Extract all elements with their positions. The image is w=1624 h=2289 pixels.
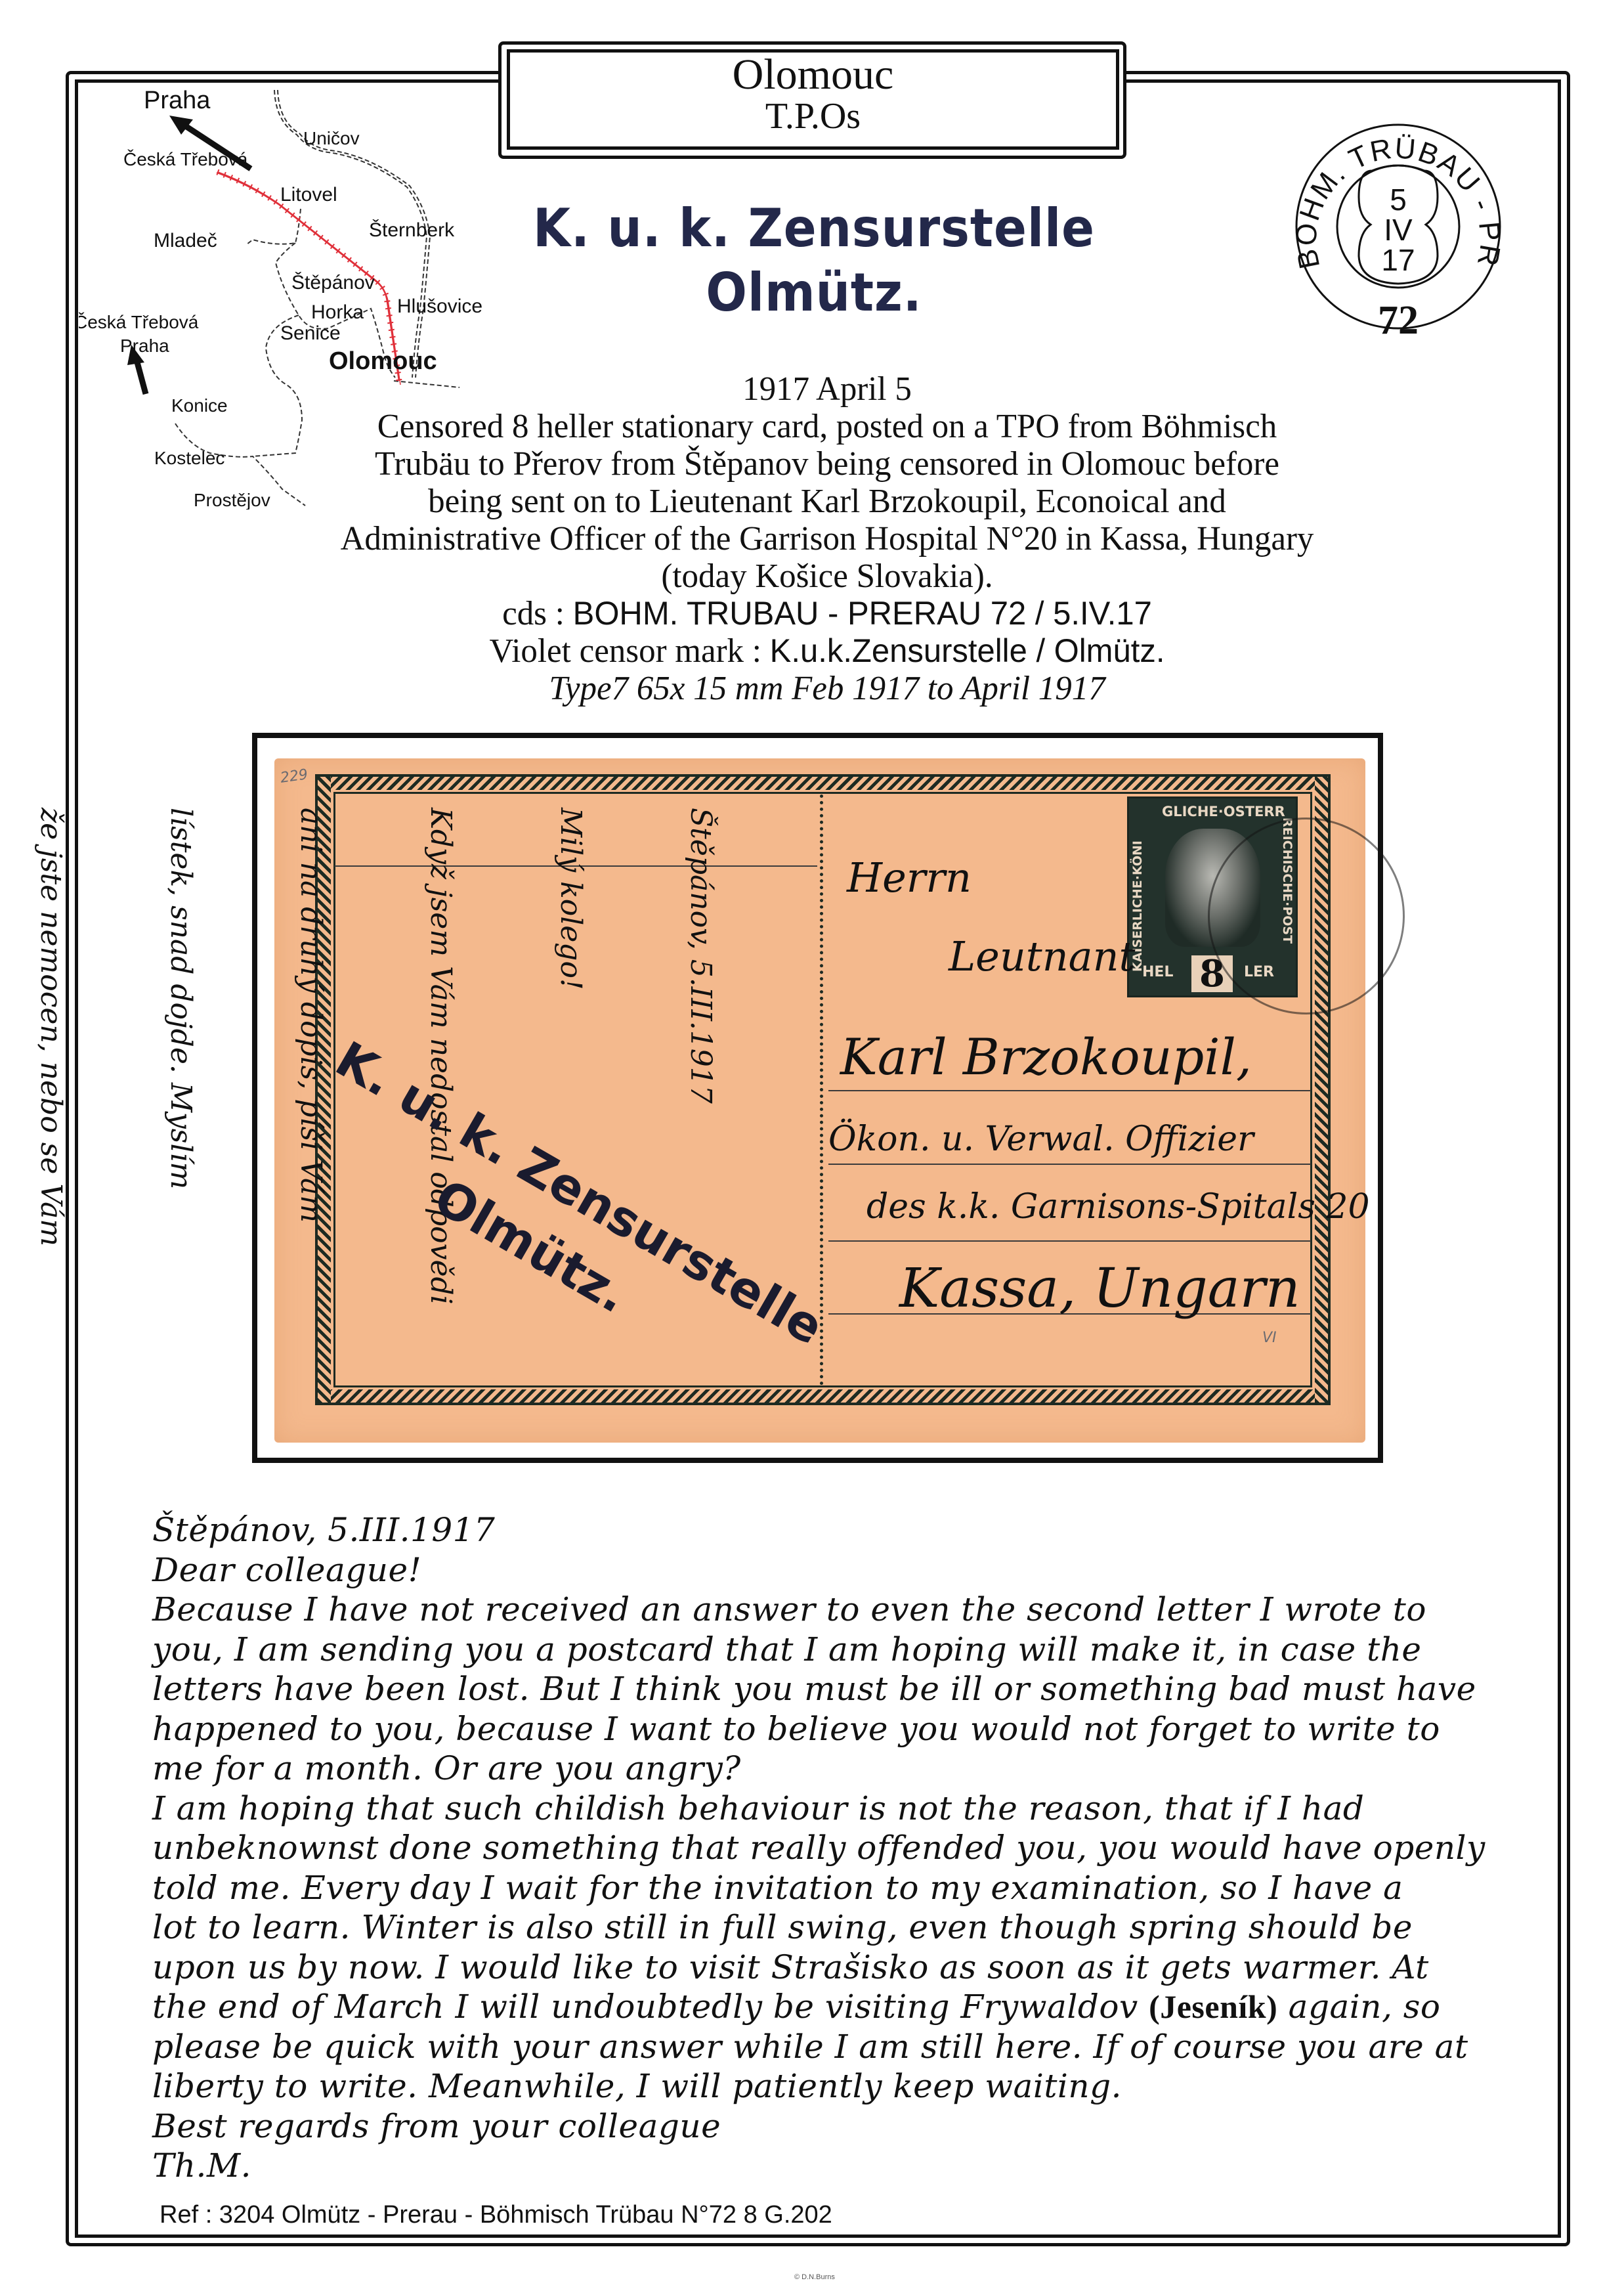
translation-line: Dear colleague! xyxy=(152,1550,1498,1590)
address-line-2: Leutnant xyxy=(949,932,1135,980)
cds-label: cds : xyxy=(502,595,573,632)
pencil-mark: VI xyxy=(1262,1330,1277,1346)
message-line: ani na druhý dopis, píši Vám xyxy=(289,808,332,1305)
translation-line: you, I am sending you a postcard that I … xyxy=(152,1630,1498,1670)
stamp-inscription-top: GLICHE·OSTERR xyxy=(1162,804,1285,819)
map-label-kostelec: Kostelec xyxy=(154,448,224,468)
map-label-stepanov: Štěpánov xyxy=(291,271,375,294)
message-line: že jste nemocen, nebo se Vám xyxy=(29,808,72,1305)
cds-number: 72 xyxy=(1378,298,1419,341)
copyright: © D.N.Burns xyxy=(794,2273,835,2281)
postcard-divider xyxy=(820,795,823,1385)
translation-line: letters have been lost. But I think you … xyxy=(152,1669,1498,1709)
cds-day: 5 xyxy=(1390,183,1407,217)
map-label-ceska-trebova-top: Česká Třebová xyxy=(123,149,248,169)
address-line-3: Karl Brzokoupil, xyxy=(840,1028,1252,1086)
translation-line: the end of March I will undoubtedly be v… xyxy=(152,1987,1498,2027)
cds-month: IV xyxy=(1384,213,1413,247)
address-line-6: Kassa, Ungarn xyxy=(899,1257,1300,1320)
message-line: lístek, snad dojde. Myslím xyxy=(159,808,202,1305)
map-label-litovel: Litovel xyxy=(280,184,337,206)
address-line-1: Herrn xyxy=(847,854,972,902)
cds-value: BOHM. TRUBAU - PRERAU 72 / 5.IV.17 xyxy=(573,595,1152,632)
rope-border-bottom xyxy=(318,1389,1328,1403)
translation-line: Štěpánov, 5.III.1917 xyxy=(152,1510,1498,1550)
map-label-horka: Horka xyxy=(311,301,364,323)
postmark-strike xyxy=(1208,817,1405,1014)
translation-line: me for a month. Or are you angry? xyxy=(152,1749,1498,1789)
censor-label: Violet censor mark : xyxy=(490,632,770,670)
address-rule-3 xyxy=(828,1240,1311,1242)
cds-postmark: BOHM. TRÜBAU - PRERAU 5 IV 17 72 xyxy=(1287,118,1510,341)
map-label-sternberk: Šternberk xyxy=(369,219,455,241)
censor-mark-line1: K. u. k. Zensurstelle xyxy=(524,197,1103,260)
reference-line: Ref : 3204 Olmütz - Prerau - Böhmisch Tr… xyxy=(160,2201,832,2229)
translation-line: Best regards from your colleague xyxy=(152,2106,1498,2147)
translation-line: liberty to write. Meanwhile, I will pati… xyxy=(152,2066,1498,2106)
translation-line: I am hoping that such childish behaviour… xyxy=(152,1789,1498,1829)
page-subtitle: T.P.Os xyxy=(507,96,1119,137)
censor-mark-line2: Olmütz. xyxy=(524,261,1103,324)
description-line-5: (today Košice Slovakia). xyxy=(261,557,1394,595)
cds-year: 17 xyxy=(1381,243,1415,277)
address-line-4: Ökon. u. Verwal. Offizier xyxy=(828,1120,1254,1159)
map-label-prostejov: Prostějov xyxy=(194,490,270,510)
map-label-hlusovice: Hlušovice xyxy=(397,295,482,317)
stamp-hel: HEL xyxy=(1142,964,1173,980)
map-label-konice: Konice xyxy=(171,395,228,416)
address-line-5: des k.k. Garnisons-Spitals 20 xyxy=(866,1187,1370,1227)
description-date: 1917 April 5 xyxy=(261,370,1394,408)
letter-translation: Štěpánov, 5.III.1917 Dear colleague! Bec… xyxy=(152,1510,1498,2186)
map-label-senice: Senice xyxy=(280,322,341,344)
translation-line: Because I have not received an answer to… xyxy=(152,1590,1498,1630)
map-label-mladec: Mladeč xyxy=(154,230,217,251)
map-label-ceska-trebova-bottom: Česká Třebová xyxy=(79,312,199,332)
translation-line: lot to learn. Winter is also still in fu… xyxy=(152,1907,1498,1948)
address-rule-1 xyxy=(828,1090,1311,1091)
translation-line: happened to you, because I want to belie… xyxy=(152,1709,1498,1749)
translation-line: please be quick with your answer while I… xyxy=(152,2027,1498,2067)
translation-line: upon us by now. I would like to visit St… xyxy=(152,1948,1498,1988)
map-label-praha-bottom: Praha xyxy=(120,336,169,356)
description-line-3: being sent on to Lieutenant Karl Brzokou… xyxy=(261,483,1394,520)
description-line-1: Censored 8 heller stationary card, poste… xyxy=(261,408,1394,445)
description-type-note: Type7 65x 15 mm Feb 1917 to April 1917 xyxy=(261,670,1394,707)
translation-text: the end of March I will undoubtedly be v… xyxy=(152,1988,1149,2026)
translation-text: again, so xyxy=(1277,1988,1440,2026)
description-line-2: Trubäu to Přerov from Štěpanov being cen… xyxy=(261,445,1394,483)
translation-line: unbeknownst done something that really o… xyxy=(152,1828,1498,1868)
translation-line: told me. Every day I wait for the invita… xyxy=(152,1868,1498,1908)
description-cds: cds : BOHM. TRUBAU - PRERAU 72 / 5.IV.17 xyxy=(261,595,1394,632)
translation-signature: Th.M. xyxy=(152,2146,1498,2186)
rope-border-top xyxy=(318,777,1328,790)
description-line-4: Administrative Officer of the Garrison H… xyxy=(261,520,1394,557)
map-label-unicov: Uničov xyxy=(303,128,360,148)
map-label-praha-top: Praha xyxy=(144,87,211,114)
censor-value: K.u.k.Zensurstelle / Olmütz. xyxy=(770,632,1165,669)
description-censor: Violet censor mark : K.u.k.Zensurstelle … xyxy=(261,632,1394,670)
page-title: Olomouc xyxy=(507,51,1119,98)
address-rule-2 xyxy=(828,1164,1311,1165)
place-name-jesenik: (Jeseník) xyxy=(1149,1988,1277,2025)
